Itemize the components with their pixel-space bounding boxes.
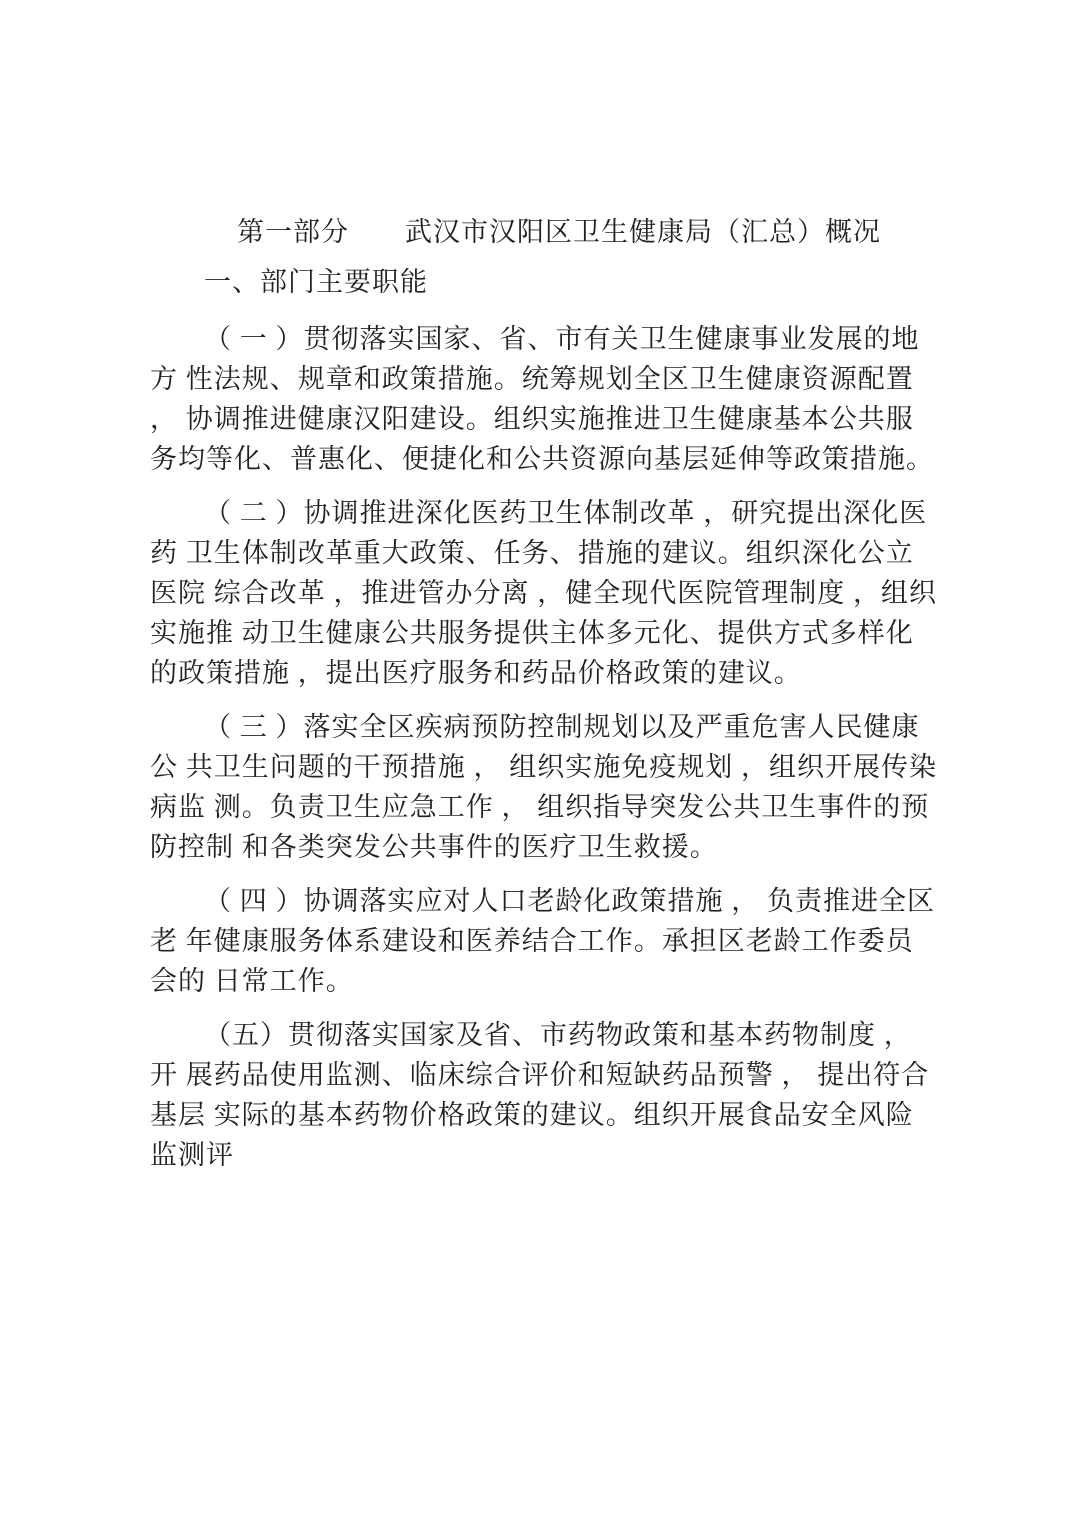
- paragraph-line: 老 年健康服务体系建设和医养结合工作。承担区老龄工作委员: [150, 921, 990, 961]
- document-title: 第一部分 武汉市汉阳区卫生健康局（汇总）概况: [237, 212, 990, 252]
- section-heading: 一、部门主要职能: [150, 262, 990, 302]
- paragraph-line: 开 展药品使用监测、临床综合评价和短缺药品预警 ， 提出符合: [150, 1055, 990, 1095]
- paragraph-line: 监测评: [150, 1135, 990, 1175]
- paragraph: （ 三 ）落实全区疾病预防控制规划以及严重危害人民健康公 共卫生问题的干预措施 …: [150, 707, 990, 867]
- document-page: 第一部分 武汉市汉阳区卫生健康局（汇总）概况 一、部门主要职能 （ 一 ）贯彻落…: [0, 0, 1074, 1520]
- paragraph-line: 方 性法规、规章和政策措施。统筹规划全区卫生健康资源配置: [150, 359, 990, 399]
- paragraph-line: ， 协调推进健康汉阳建设。组织实施推进卫生健康基本公共服: [150, 399, 990, 439]
- paragraph-line: 会的 日常工作。: [150, 961, 990, 1001]
- paragraph-line: 的政策措施 ，提出医疗服务和药品价格政策的建议。: [150, 653, 990, 693]
- paragraph-line: 药 卫生体制改革重大政策、任务、措施的建议。组织深化公立: [150, 533, 990, 573]
- paragraph-line: 防控制 和各类突发公共事件的医疗卫生救援。: [150, 827, 990, 867]
- paragraph-line: （ 四 ）协调落实应对人口老龄化政策措施 ， 负责推进全区: [150, 881, 990, 921]
- paragraph-line: （五）贯彻落实国家及省、市药物政策和基本药物制度 ，: [150, 1015, 990, 1055]
- paragraph-line: （ 二 ）协调推进深化医药卫生体制改革 ，研究提出深化医: [150, 493, 990, 533]
- paragraph: （ 二 ）协调推进深化医药卫生体制改革 ，研究提出深化医药 卫生体制改革重大政策…: [150, 493, 990, 693]
- paragraph-line: 公 共卫生问题的干预措施 ， 组织实施免疫规划 ，组织开展传染: [150, 747, 990, 787]
- paragraph-line: 病监 测。负责卫生应急工作 ， 组织指导突发公共卫生事件的预: [150, 787, 990, 827]
- paragraph-line: 实施推 动卫生健康公共服务提供主体多元化、提供方式多样化: [150, 613, 990, 653]
- paragraph-line: 务均等化、普惠化、便捷化和公共资源向基层延伸等政策措施。: [150, 439, 990, 479]
- paragraph-line: （ 三 ）落实全区疾病预防控制规划以及严重危害人民健康: [150, 707, 990, 747]
- paragraph-line: 医院 综合改革 ，推进管办分离 ，健全现代医院管理制度 ，组织: [150, 573, 990, 613]
- paragraph: （ 四 ）协调落实应对人口老龄化政策措施 ， 负责推进全区老 年健康服务体系建设…: [150, 881, 990, 1001]
- paragraph: （五）贯彻落实国家及省、市药物政策和基本药物制度 ，开 展药品使用监测、临床综合…: [150, 1015, 990, 1175]
- paragraph-line: 基层 实际的基本药物价格政策的建议。组织开展食品安全风险: [150, 1095, 990, 1135]
- text-column: 第一部分 武汉市汉阳区卫生健康局（汇总）概况 一、部门主要职能 （ 一 ）贯彻落…: [150, 212, 990, 1175]
- paragraph: （ 一 ）贯彻落实国家、省、市有关卫生健康事业发展的地方 性法规、规章和政策措施…: [150, 319, 990, 479]
- paragraphs-container: （ 一 ）贯彻落实国家、省、市有关卫生健康事业发展的地方 性法规、规章和政策措施…: [150, 319, 990, 1175]
- paragraph-line: （ 一 ）贯彻落实国家、省、市有关卫生健康事业发展的地: [150, 319, 990, 359]
